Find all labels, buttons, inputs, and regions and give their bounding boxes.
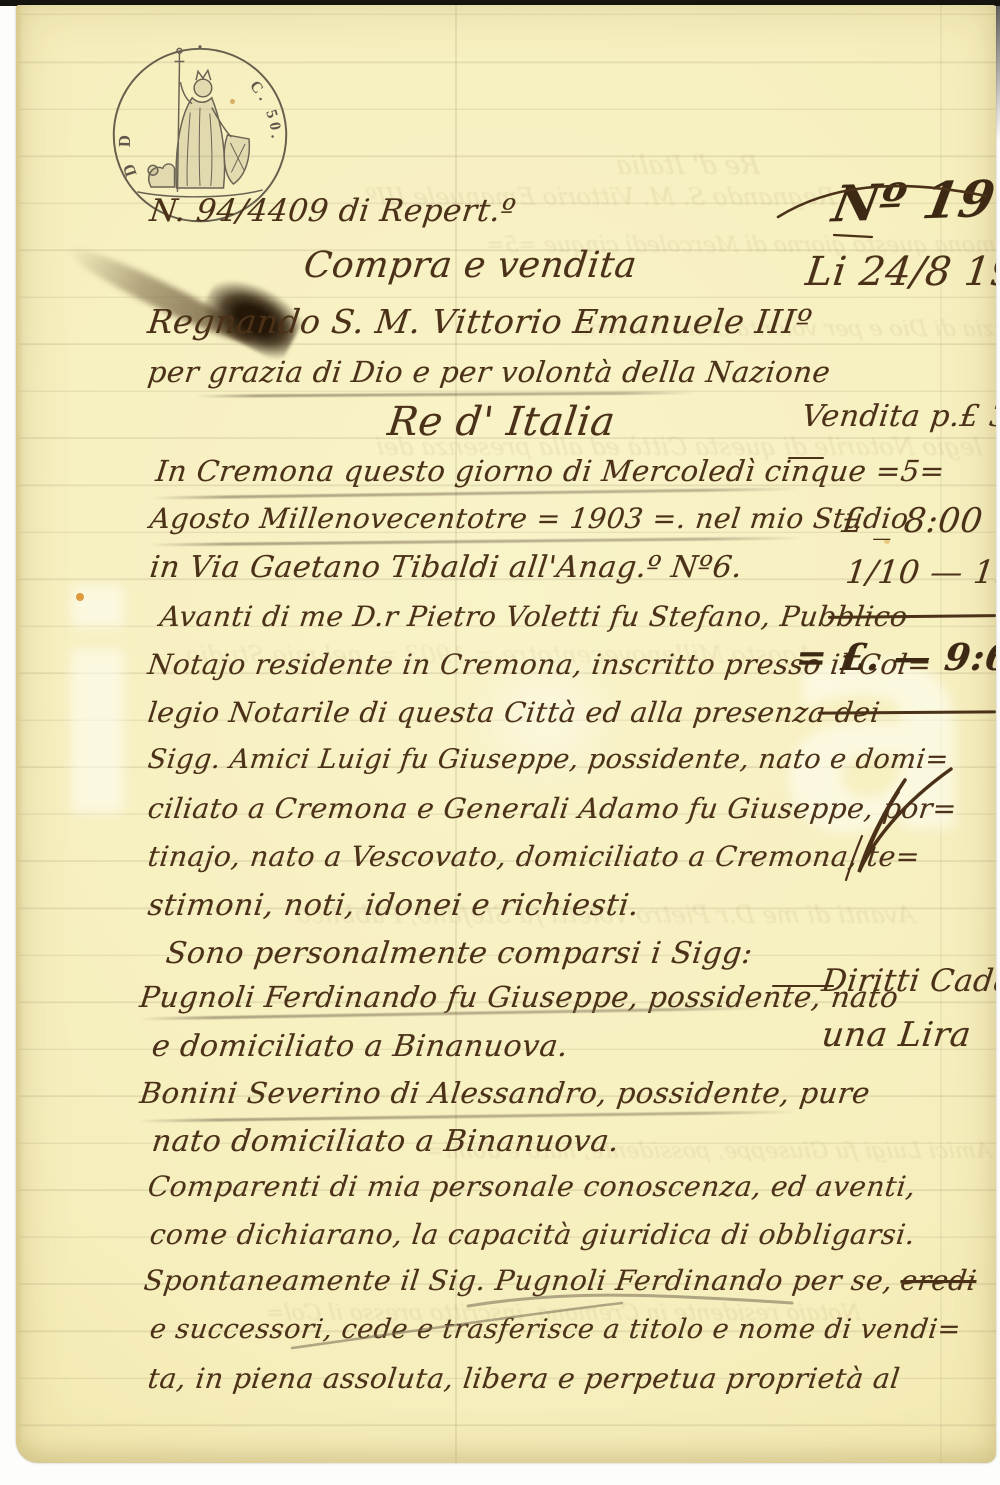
margin-fee-2: 1/10 — 1:60: [844, 553, 996, 591]
margin-price-note: Vendita p.£ 300: [800, 399, 996, 434]
svg-text:C. 50.: C. 50.: [246, 78, 285, 143]
margin-fee-1: £ _ 8:00: [840, 501, 986, 541]
body-line: come dichiarano, la capacità giuridica d…: [148, 1218, 917, 1251]
body-line: Bonini Severino di Alessandro, possident…: [138, 1076, 872, 1110]
margin-cadastre-1: Diritti Cadasto: [820, 963, 996, 999]
margin-dash: [788, 457, 824, 459]
struck-word: eredi: [899, 1264, 979, 1297]
scan-right-edge: [996, 0, 1000, 140]
body-line: ta, in piena assoluta, libera e perpetua…: [146, 1362, 902, 1395]
pencil-underline: [138, 1110, 798, 1122]
body-line: Spontaneamente il Sig. Pugnoli Ferdinand…: [142, 1264, 979, 1297]
ghost-text: Re d' Italia: [614, 151, 761, 181]
body-line: in Via Gaetano Tibaldi all'Anag.º Nº6.: [148, 550, 745, 585]
act-date: Li 24/8 1903: [803, 249, 996, 295]
paper-stain: [76, 593, 84, 601]
body-line: Agosto Millenovecentotre = 1903 =. nel m…: [148, 502, 911, 535]
body-line: tinajo, nato a Vescovato, domiciliato a …: [146, 840, 922, 873]
body-line: e successori, cede e trasferisce a titol…: [148, 1314, 963, 1345]
body-line: Sigg. Amici Luigi fu Giuseppe, possident…: [146, 744, 950, 775]
body-line: Sono personalmente comparsi i Sigg:: [164, 936, 755, 971]
paper-stain: [230, 99, 235, 104]
stamp-shield: [224, 135, 249, 184]
stamp-allegorical-figure: [137, 48, 262, 196]
stamp-left-text: D D: [115, 129, 141, 179]
pencil-underline: [150, 487, 800, 499]
document-title: Compra e vendita: [301, 245, 639, 286]
svg-text:D D: D D: [115, 129, 141, 179]
body-line-text: Spontaneamente il Sig. Pugnoli Ferdinand…: [142, 1264, 895, 1297]
scanned-notarial-deed: { "document": { "type_label": "Compra e …: [0, 0, 1000, 1485]
act-number: Nº 197: [828, 168, 996, 234]
paper-sheet: i a Re d' Italia Regnando S. M. Vittorio…: [16, 5, 996, 1463]
stamp-right-text: C. 50.: [246, 78, 285, 143]
body-line: Regnando S. M. Vittorio Emanuele IIIº: [146, 302, 815, 341]
pencil-underline: [148, 537, 803, 546]
repertory-number: N. 94/4409 di Repert.º: [148, 193, 518, 229]
margin-cadastre-2: una Lira: [820, 1015, 974, 1055]
body-line: In Cremona questo giorno di Mercoledì ci…: [154, 454, 947, 488]
body-line: per grazia di Dio e per volontà della Na…: [146, 355, 832, 389]
body-line: ciliato a Cremona e Generali Adamo fu Gi…: [146, 792, 959, 825]
paper-left-edge: [16, 5, 23, 1463]
body-line: legio Notarile di questa Città ed alla p…: [146, 696, 882, 729]
body-line: stimoni, noti, idonei e richiesti.: [146, 888, 641, 923]
body-line: Re d' Italia: [385, 399, 618, 445]
body-line: e domiciliato a Binanuova.: [150, 1029, 570, 1064]
watermark-letter: i: [46, 560, 149, 860]
body-line: Avanti di me D.r Pietro Voletti fu Stefa…: [158, 600, 910, 633]
pencil-underline: [196, 391, 696, 397]
body-line: nato domiciliato a Binanuova.: [150, 1124, 621, 1159]
body-line: Comparenti di mia personale conoscenza, …: [146, 1170, 918, 1203]
margin-total: = £. — 9:6: [793, 635, 996, 679]
